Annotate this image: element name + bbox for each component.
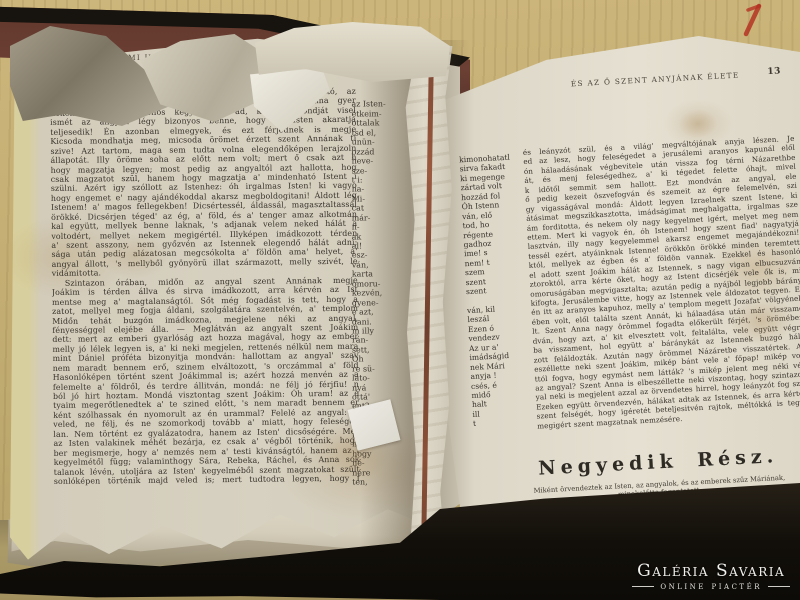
red-crayon-mark — [733, 2, 773, 40]
right-page: ÉS AZ Ő SZENT ANYJÁNAK ÉLETE 13 kimonoha… — [438, 28, 800, 560]
stubw-29 — [473, 425, 535, 438]
right-running-header: ÉS AZ Ő SZENT ANYJÁNAK ÉLETE — [519, 68, 791, 91]
page-number-right: 13 — [767, 66, 781, 77]
paper-stain — [677, 108, 719, 140]
tline-41: sonlóképen történik majd veled is; mert … — [54, 474, 360, 487]
photo-open-antique-book: 12 A' MI URUNK JÉZUS KRISZTUSNAK nös lét… — [0, 0, 800, 600]
watermark-subtitle: online piactér — [632, 581, 790, 592]
left-page-text-block: nös létemre, nem vagyok is e' különös ke… — [50, 87, 360, 487]
right-page-content: ÉS AZ Ő SZENT ANYJÁNAK ÉLETE 13 kimonoha… — [444, 44, 800, 558]
torn-edge-brown — [421, 46, 434, 558]
watermark-title: Galéria Savaria — [632, 561, 790, 581]
watermark: Galéria Savaria online piactér — [632, 561, 790, 592]
right-page-text-block: és leányzót szül, és a világ' megváltójá… — [523, 134, 800, 431]
